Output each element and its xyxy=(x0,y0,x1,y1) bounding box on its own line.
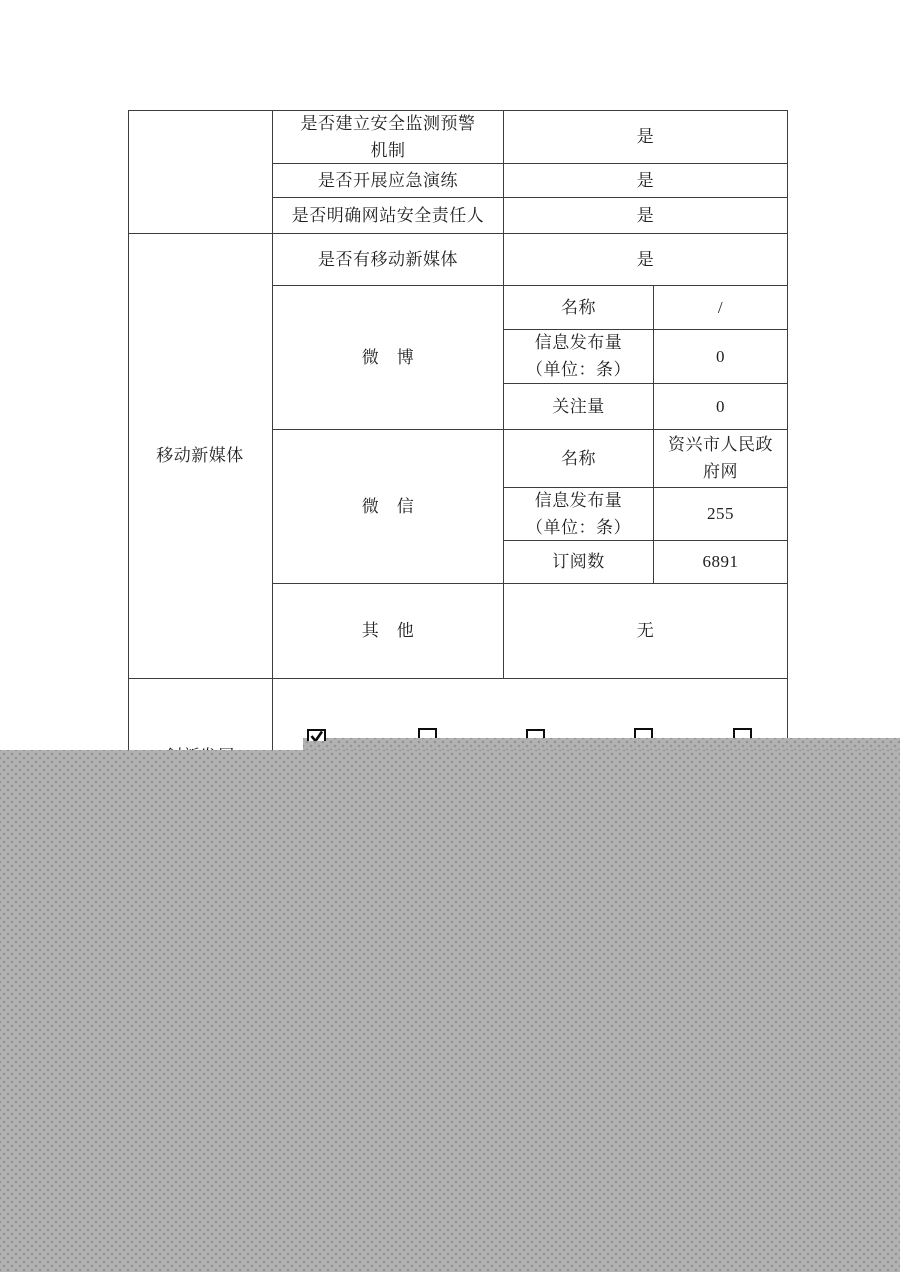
innovation-checkbox-1[interactable] xyxy=(307,729,326,741)
emergency-drill-label: 是否开展应急演练 xyxy=(273,163,503,197)
other-media-label: 其 他 xyxy=(273,583,503,678)
innovation-checkbox-clip xyxy=(307,729,326,741)
has-mobile-media-value: 是 xyxy=(504,233,787,285)
weibo-name-value: / xyxy=(654,285,787,329)
security-responsible-label: 是否明确网站安全责任人 xyxy=(273,197,503,233)
other-media-value: 无 xyxy=(504,583,787,678)
wechat-label: 微 信 xyxy=(273,429,503,583)
security-monitor-label: 是否建立安全监测预警 机制 xyxy=(273,110,503,163)
wechat-posts-key: 信息发布量 （单位：条） xyxy=(504,487,653,540)
document-page: 是否建立安全监测预警 机制 是 是否开展应急演练 是 是否明确网站安全责任人 是… xyxy=(0,0,900,1272)
weibo-label: 微 博 xyxy=(273,285,503,429)
weibo-followers-key: 关注量 xyxy=(504,383,653,429)
wechat-subscribers-value: 6891 xyxy=(654,540,787,583)
emergency-drill-value: 是 xyxy=(504,163,787,197)
has-mobile-media-label: 是否有移动新媒体 xyxy=(273,233,503,285)
wechat-name-key: 名称 xyxy=(504,429,653,487)
weibo-posts-key: 信息发布量 （单位：条） xyxy=(504,329,653,383)
weibo-name-key: 名称 xyxy=(504,285,653,329)
weibo-posts-value: 0 xyxy=(654,329,787,383)
security-monitor-value: 是 xyxy=(504,110,787,163)
security-responsible-value: 是 xyxy=(504,197,787,233)
gray-overlay-lower xyxy=(0,750,900,1272)
mobile-media-section-label: 移动新媒体 xyxy=(128,233,272,678)
table-gridline xyxy=(128,678,788,679)
table-gridline xyxy=(787,110,788,738)
wechat-name-value: 资兴市人民政府网 xyxy=(654,429,787,487)
wechat-posts-value: 255 xyxy=(654,487,787,540)
weibo-followers-value: 0 xyxy=(654,383,787,429)
wechat-subscribers-key: 订阅数 xyxy=(504,540,653,583)
